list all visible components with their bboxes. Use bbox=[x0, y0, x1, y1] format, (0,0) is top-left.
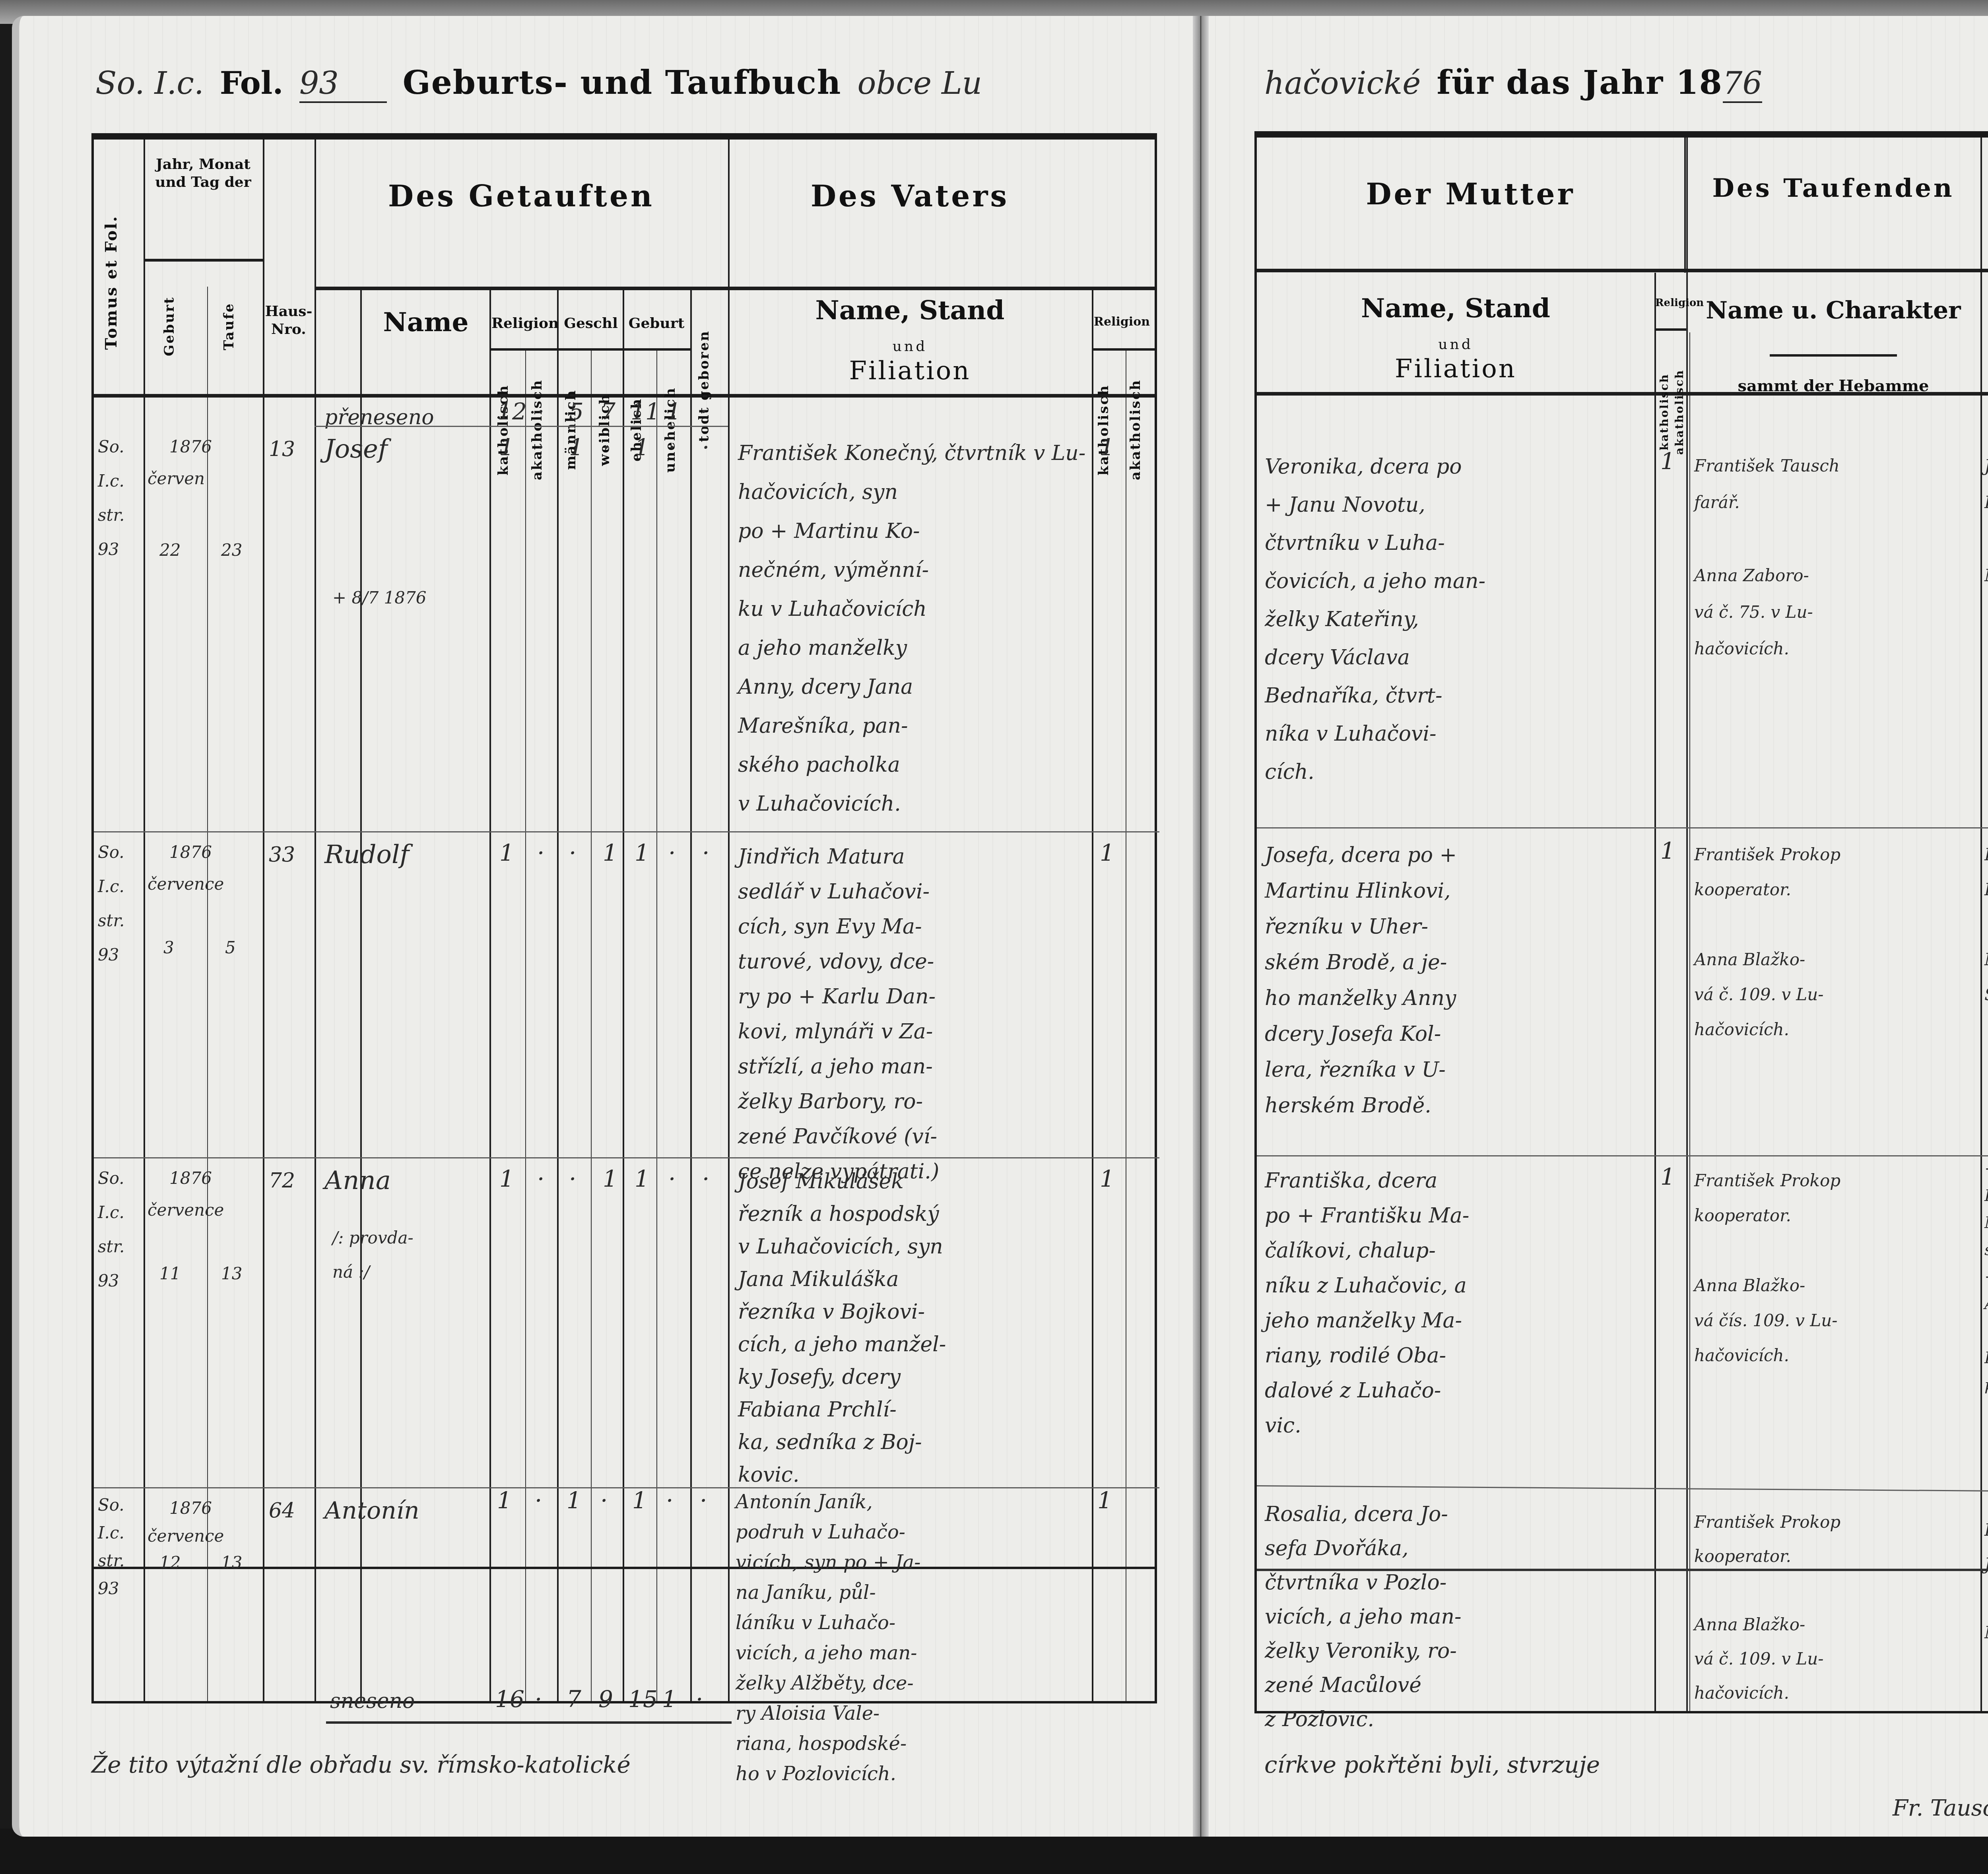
carryover-unehelich: 1 bbox=[666, 398, 681, 425]
entry-tomus: So. I.c. str. 93 bbox=[98, 1161, 124, 1298]
col-child-name: Name bbox=[364, 307, 487, 338]
col-father-filiation: Filiation bbox=[730, 356, 1090, 386]
entry-mark-unehelich: · bbox=[666, 1487, 673, 1514]
entry-mother: Josefa, dcera po + Martinu Hlinkovi, řez… bbox=[1265, 837, 1654, 1123]
right-register-table: Der Mutter Name, Stand und Filiation Rel… bbox=[1254, 131, 1988, 1713]
col-ehelich: ehelich bbox=[629, 354, 652, 505]
entry-baptizer: František Prokop kooperator. Anna Blažko… bbox=[1694, 1163, 1976, 1373]
col-geschlecht: Geschl bbox=[559, 314, 623, 332]
col-godparent-name: Name bbox=[1982, 336, 1988, 367]
col-mother-name-stand: Name, Stand bbox=[1257, 293, 1654, 324]
entry-godparent-name: Kampl Janík Marina bbox=[1984, 1513, 1988, 1650]
entry-note: + 8/7 1876 bbox=[332, 581, 426, 615]
entry-month: července bbox=[148, 1519, 224, 1553]
entry-mark-maennlich: · bbox=[569, 1165, 576, 1192]
year-label: für das Jahr 18 bbox=[1437, 64, 1723, 102]
entry-mother-religion: 1 bbox=[1660, 448, 1675, 475]
total-label: sneseno bbox=[330, 1682, 415, 1721]
entry-father-religion: 1 bbox=[1097, 1487, 1112, 1514]
entry-birth-day: 12 bbox=[159, 1555, 181, 1571]
entry-mark-weiblich: · bbox=[600, 1487, 608, 1514]
left-register-table: Tomus et Fol. Jahr, Monat und Tag der Ge… bbox=[91, 133, 1157, 1703]
entry-mark-katholisch: 1 bbox=[499, 434, 514, 461]
col-unehelich: unehelich bbox=[662, 354, 686, 505]
entry-father-religion: 1 bbox=[1100, 434, 1114, 461]
entry-baptism-day: 13 bbox=[221, 1555, 242, 1571]
group-des-getauften: Des Getauften bbox=[316, 179, 726, 213]
col-mother-religion: Religion bbox=[1655, 297, 1686, 310]
entry-house: 33 bbox=[269, 835, 295, 874]
entry-mark-unehelich: · bbox=[668, 1165, 676, 1192]
entry-father-religion: 1 bbox=[1100, 1165, 1114, 1192]
entry-house: 72 bbox=[269, 1161, 295, 1200]
col-father-und: und bbox=[730, 338, 1090, 355]
attestation-text-left: Že tito výtažní dle obřadu sv. římsko-ka… bbox=[91, 1745, 1165, 1784]
col-katholisch: katholisch bbox=[495, 354, 519, 505]
col-house-number: Haus-Nro. bbox=[265, 303, 313, 338]
entry-mark-akatholisch: · bbox=[537, 839, 544, 866]
entry-child-name: Rudolf bbox=[324, 835, 409, 874]
col-akatholisch: akatholisch bbox=[529, 354, 553, 505]
entry-mark-ehelich: 1 bbox=[635, 1165, 649, 1192]
entry-year: 1876 bbox=[169, 430, 212, 464]
col-religion: Religion bbox=[491, 314, 555, 332]
col-tomus: Tomus et Fol. bbox=[102, 187, 134, 378]
entry-mother-religion: 1 bbox=[1660, 1163, 1675, 1190]
carryover-ehelich: 11 bbox=[631, 398, 660, 425]
entry-tomus: So. I.c. str. 93 bbox=[98, 1491, 124, 1602]
book-spine bbox=[1193, 16, 1209, 1837]
priest-signature: Fr. Tausch farář bbox=[1893, 1789, 1988, 1828]
volume-reference: So. I.c. bbox=[95, 66, 204, 101]
col-hebamme: sammt der Hebamme bbox=[1688, 376, 1978, 396]
entry-house: 13 bbox=[269, 430, 295, 469]
fol-value: 93 bbox=[299, 66, 387, 103]
entry-father: Antonín Janík, podruh v Luhačo- vicích, … bbox=[736, 1487, 1085, 1789]
entry-father: Jindřich Matura sedlář v Luhačovi- cích,… bbox=[738, 839, 1088, 1189]
entry-mark-katholisch: 1 bbox=[499, 839, 514, 866]
entry-baptism-day: 13 bbox=[221, 1257, 242, 1291]
entry-mother: Františka, dcera po + Františku Ma- čalí… bbox=[1265, 1163, 1654, 1443]
group-der-pathen: Der Pathen bbox=[1982, 173, 1988, 203]
entry-mark-maennlich: 1 bbox=[569, 434, 584, 461]
col-mother-filiation: Filiation bbox=[1257, 354, 1654, 384]
entry-mark-todt: · bbox=[702, 839, 709, 866]
col-geburt-status: Geburt bbox=[625, 314, 688, 332]
entry-mark-maennlich: 1 bbox=[567, 1487, 581, 1514]
col-father-katholisch: katholisch bbox=[1096, 354, 1120, 505]
entry-tomus: So. I.c. str. 93 bbox=[98, 430, 124, 566]
entry-mark-akatholisch: · bbox=[537, 434, 544, 461]
group-des-vaters: Des Vaters bbox=[730, 179, 1090, 213]
entry-child-name: Josef bbox=[324, 430, 388, 469]
entry-month: července bbox=[148, 867, 224, 901]
entry-mark-ehelich: 1 bbox=[632, 1487, 647, 1514]
entry-godparent-name: Karel Hrozny Maria Schindler. bbox=[1984, 837, 1988, 1012]
entry-mark-weiblich: 1 bbox=[603, 1165, 617, 1192]
right-page-title: hačovické für das Jahr 18 76 bbox=[1264, 64, 1762, 119]
total-maennlich: 7 bbox=[567, 1686, 581, 1713]
total-katholisch: 16 bbox=[495, 1686, 524, 1713]
entry-father: František Konečný, čtvrtník v Lu- hačovi… bbox=[738, 434, 1088, 823]
carryover-weiblich: 7 bbox=[601, 398, 615, 425]
col-baptizer-name: Name u. Charakter bbox=[1688, 297, 1978, 324]
entry-baptizer: František Prokop kooperator. Anna Blažko… bbox=[1694, 1505, 1976, 1710]
entry-baptism-day: 23 bbox=[221, 533, 242, 567]
year-value: 76 bbox=[1723, 66, 1762, 103]
entry-mother-religion: 1 bbox=[1660, 837, 1675, 864]
entry-birth-day: 22 bbox=[159, 533, 181, 567]
entry-mother: Veronika, dcera po + Janu Novotu, čtvrtn… bbox=[1265, 448, 1654, 791]
entry-year: 1876 bbox=[169, 1161, 212, 1195]
col-father-religion: Religion bbox=[1094, 314, 1149, 330]
attestation-text-right: církve pokřtěni byli, stvrzuje bbox=[1264, 1745, 1600, 1784]
col-weiblich: weiblich bbox=[597, 354, 621, 505]
entry-mother: Rosalia, dcera Jo- sefa Dvořáka, čtvrtní… bbox=[1265, 1497, 1654, 1736]
entry-mark-ehelich: 1 bbox=[635, 434, 649, 461]
entry-birth-day: 3 bbox=[163, 931, 174, 965]
entry-mark-todt: · bbox=[702, 434, 709, 461]
fol-label: Fol. bbox=[220, 65, 283, 101]
col-mother-und: und bbox=[1257, 336, 1654, 353]
col-geburt-date: Geburt bbox=[161, 271, 185, 382]
register-title: Geburts- und Taufbuch bbox=[403, 64, 842, 102]
group-der-mutter: Der Mutter bbox=[1257, 177, 1684, 211]
entry-child-name: Anna bbox=[324, 1161, 391, 1200]
group-des-taufenden: Des Taufenden bbox=[1688, 173, 1978, 203]
entry-tomus: So. I.c. str. 93 bbox=[98, 835, 124, 972]
entry-year: 1876 bbox=[169, 835, 212, 869]
entry-baptism-day: 5 bbox=[225, 931, 236, 965]
entry-godparent-name: +++ František Mikulá- šek +++ Anna Fr. T… bbox=[1984, 1155, 1988, 1399]
col-taufe-date: Taufe bbox=[221, 271, 245, 382]
entry-baptizer: František Tausch farář. Anna Zaboro- vá … bbox=[1694, 448, 1976, 667]
parish-name-part2: hačovické bbox=[1264, 66, 1421, 101]
total-unehelich: 1 bbox=[662, 1686, 677, 1713]
entry-mark-todt: · bbox=[700, 1487, 707, 1514]
entry-mark-akatholisch: · bbox=[537, 1165, 544, 1192]
entry-father-religion: 1 bbox=[1100, 839, 1114, 866]
total-akatholisch: · bbox=[535, 1686, 542, 1713]
entry-mark-todt: · bbox=[702, 1165, 709, 1192]
col-maennlich: männlich bbox=[563, 354, 587, 505]
entry-house: 64 bbox=[269, 1491, 295, 1530]
entry-mark-unehelich: · bbox=[668, 434, 676, 461]
total-todt: · bbox=[696, 1686, 703, 1713]
entry-note: /: provda- ná :/ bbox=[332, 1221, 414, 1289]
entry-mark-maennlich: · bbox=[569, 839, 576, 866]
entry-birth-day: 11 bbox=[159, 1257, 181, 1291]
col-father-name-stand: Name, Stand bbox=[730, 295, 1090, 326]
entry-child-name: Antonín bbox=[324, 1491, 419, 1530]
carryover-akatholisch: · bbox=[537, 398, 544, 425]
entry-mark-katholisch: 1 bbox=[499, 1165, 514, 1192]
entry-mark-weiblich: · bbox=[603, 434, 610, 461]
col-father-akatholisch: akatholisch bbox=[1128, 354, 1151, 505]
carryover-katholisch: 12 bbox=[497, 398, 527, 425]
entry-mark-katholisch: 1 bbox=[497, 1487, 512, 1514]
carryover-todt: · bbox=[700, 398, 707, 425]
left-page-title: So. I.c. Fol. 93 Geburts- und Taufbuch o… bbox=[95, 64, 982, 119]
entry-mark-akatholisch: · bbox=[535, 1487, 542, 1514]
entry-month: červen bbox=[148, 462, 205, 496]
entry-father: Josef Mikulášek řezník a hospodský v Luh… bbox=[738, 1165, 1088, 1491]
parish-name-part1: obce Lu bbox=[857, 66, 982, 101]
total-ehelich: 15 bbox=[628, 1686, 658, 1713]
entry-month: července bbox=[148, 1193, 224, 1227]
entry-baptizer: František Prokop kooperator. Anna Blažko… bbox=[1694, 837, 1976, 1047]
entry-mark-ehelich: 1 bbox=[635, 839, 649, 866]
carryover-maennlich: 5 bbox=[569, 398, 584, 425]
total-weiblich: 9 bbox=[598, 1686, 613, 1713]
entry-godparent-name: Jan Konečný Marina bbox=[1984, 448, 1988, 594]
col-date-group: Jahr, Monat und Tag der bbox=[146, 155, 261, 191]
entry-mark-weiblich: 1 bbox=[603, 839, 617, 866]
entry-mark-unehelich: · bbox=[668, 839, 676, 866]
